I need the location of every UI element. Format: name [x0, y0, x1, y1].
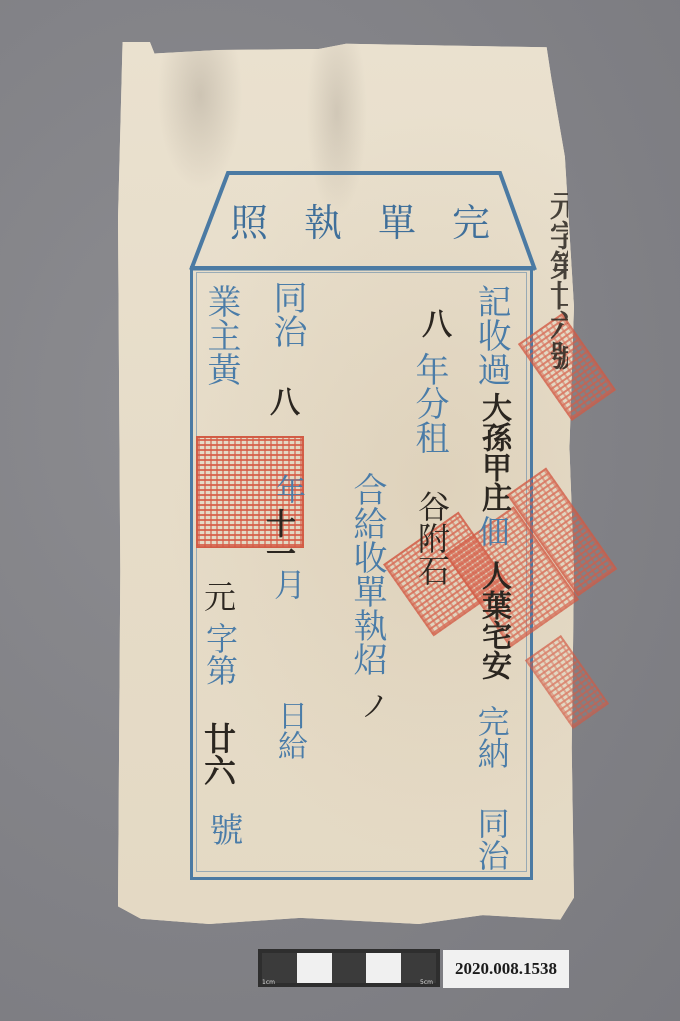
serial-label-printed: 字第: [204, 622, 236, 686]
date-era: 同治: [270, 280, 304, 348]
serial-suffix-printed: 號: [206, 812, 240, 846]
printed-text-tenant: 佃: [476, 515, 508, 547]
scale-bar: [258, 949, 440, 987]
scale-segment: [366, 953, 401, 983]
landlord-label: 業主黃: [204, 284, 238, 386]
scale-segment: [332, 953, 367, 983]
printed-text-issue-receipt: 合給收單執炤: [350, 472, 384, 676]
date-day-issued: 日給: [274, 700, 304, 760]
printed-text-collected: 記收過: [474, 284, 508, 386]
document-title: 完 單 執 照: [220, 192, 500, 246]
handwritten-tenant-name: 人葉宅安: [478, 560, 508, 680]
printed-text-paid-era: 完納 同治: [474, 705, 508, 871]
date-year-handwritten: 八: [266, 386, 296, 416]
catalog-number-label: 2020.008.1538: [443, 950, 569, 988]
title-char: 照: [230, 192, 268, 247]
date-month-printed: 月: [272, 568, 304, 600]
handwritten-grain-amount: 谷附石: [416, 490, 448, 586]
serial-number-handwritten: 廿六: [202, 722, 234, 786]
printed-text-year-rent: 年分租: [412, 352, 446, 454]
handwritten-mark: ノ: [356, 690, 386, 720]
scale-label-right: 5cm: [420, 979, 433, 986]
scale-segment: [297, 953, 332, 983]
handwritten-village: 大孫甲庄: [478, 392, 508, 512]
date-month-handwritten: 十一: [262, 508, 292, 568]
date-year-printed: 年: [272, 474, 302, 504]
title-char: 完: [452, 192, 490, 247]
serial-prefix-handwritten: 元: [202, 580, 234, 612]
handwritten-year: 八: [418, 308, 448, 338]
scale-label-left: 1cm: [262, 979, 275, 986]
title-char: 執: [304, 192, 342, 247]
title-char: 單: [378, 192, 416, 247]
